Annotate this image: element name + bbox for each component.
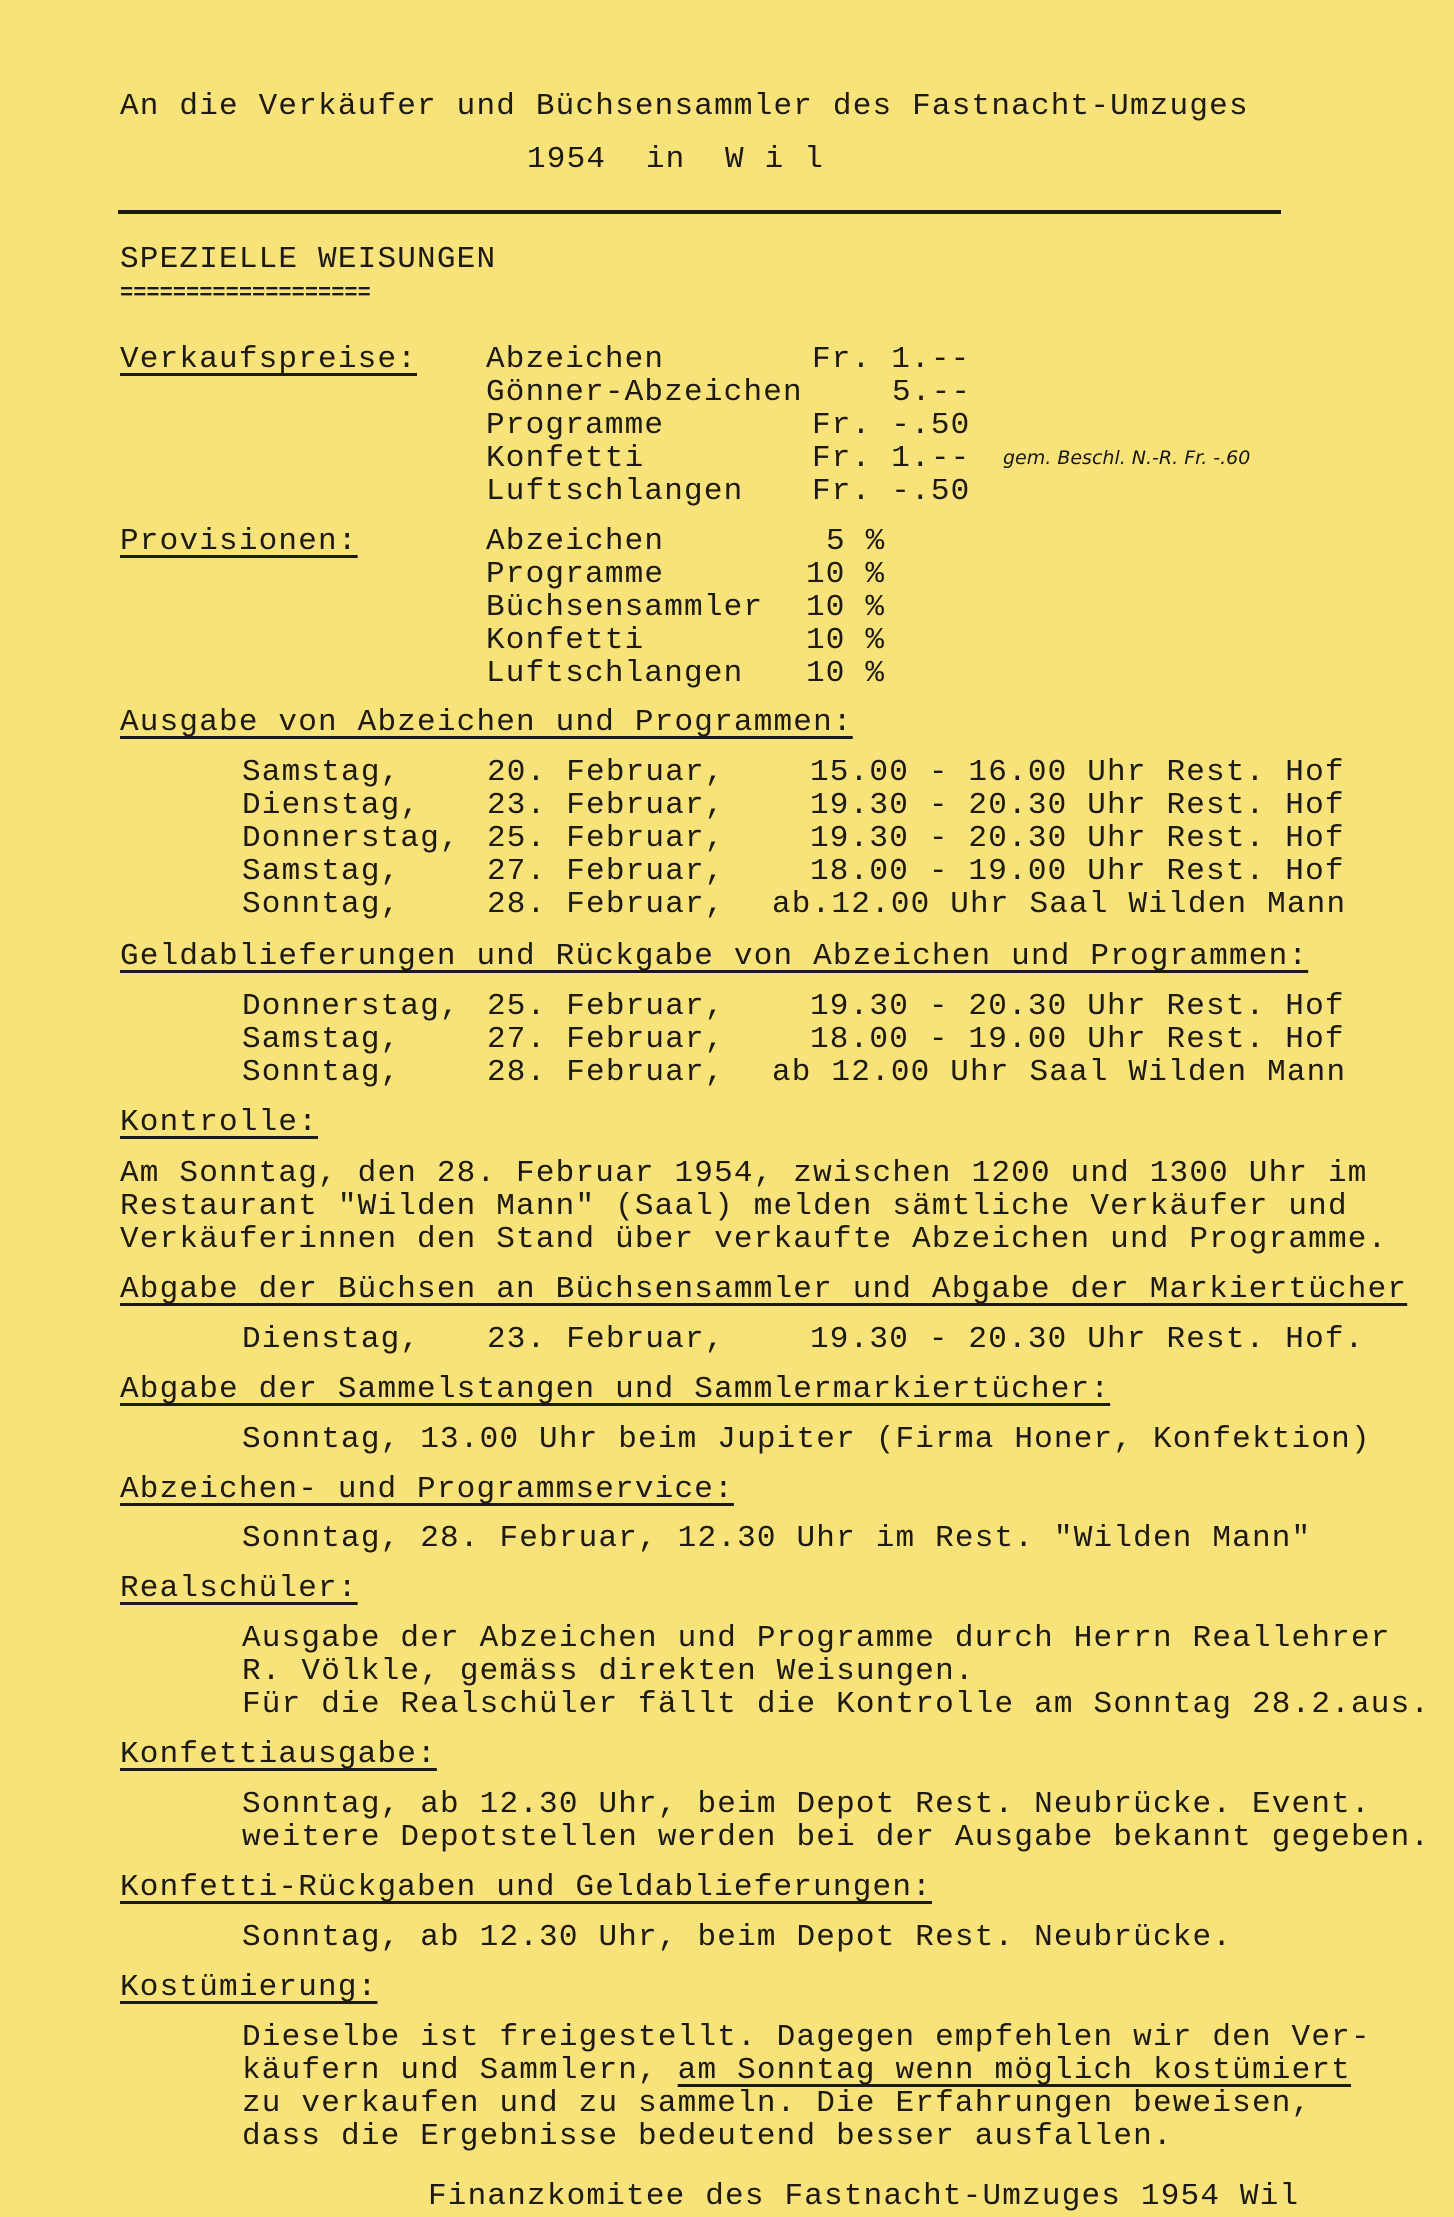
price-item-name: Luftschlangen [486,475,743,508]
schedule-date: 28. Februar, [487,888,725,921]
realschueler-text-line: Für die Realschüler fällt die Kontrolle … [242,1688,1430,1721]
price-item-name: Konfetti [486,442,644,475]
price-item-value: Fr. 1.-- [812,343,970,376]
schedule-date: 28. Februar, [487,1056,725,1089]
schedule-time: 19.30 - 20.30 Uhr Rest. Hof [810,990,1345,1023]
schedule-date: 23. Februar, [487,1323,725,1356]
konfetti-rueckgaben-text: Sonntag, ab 12.30 Uhr, beim Depot Rest. … [242,1921,1232,1954]
commission-item-rate: 10 % [806,558,885,591]
schedule-day: Sonntag, [242,888,400,921]
schedule-day: Samstag, [242,855,400,888]
header-rule [118,210,1281,214]
price-item-name: Abzeichen [486,342,664,377]
kontrolle-text-line: Am Sonntag, den 28. Februar 1954, zwisch… [120,1157,1368,1190]
section-label-konfetti-rueckgaben: Konfetti-Rückgaben und Geldablieferungen… [120,1871,932,1904]
schedule-date: 25. Februar, [487,822,725,855]
commission-item-name: Programme [486,558,664,591]
document-page: An die Verkäufer und Büchsensammler des … [0,0,1454,2217]
price-item-value: Fr. -.50 [812,475,970,508]
kontrolle-text-line: Verkäuferinnen den Stand über verkaufte … [120,1223,1387,1256]
schedule-day: Sonntag, [242,1056,400,1089]
commission-item-rate: 10 % [806,624,885,657]
schedule-day: Samstag, [242,1023,400,1056]
commission-item-rate: 5 % [826,525,885,558]
section-label-kontrolle: Kontrolle: [120,1106,318,1139]
schedule-day: Dienstag, [242,1323,420,1356]
schedule-time: ab.12.00 Uhr Saal Wilden Mann [772,888,1346,921]
price-item-name: Gönner-Abzeichen [486,376,803,409]
schedule-time: 18.00 - 19.00 Uhr Rest. Hof [810,1023,1345,1056]
commission-item-rate: 10 % [806,657,885,690]
schedule-date: 20. Februar, [487,756,725,789]
schedule-date: 27. Februar, [487,855,725,888]
schedule-time: ab 12.00 Uhr Saal Wilden Mann [772,1056,1346,1089]
signature: Finanzkomitee des Fastnacht-Umzuges 1954… [428,2180,1299,2213]
commission-item-name: Konfetti [486,624,644,657]
section-label-kostuemierung: Kostümierung: [120,1971,377,2004]
kostuemierung-text-line: Dieselbe ist freigestellt. Dagegen empfe… [242,2021,1371,2054]
section-label-ausgabe: Ausgabe von Abzeichen und Programmen: [120,706,853,739]
page-title: SPEZIELLE WEISUNGEN [120,243,496,276]
section-label-abgabe-buechsen: Abgabe der Büchsen an Büchsensammler und… [120,1273,1407,1306]
programmservice-text: Sonntag, 28. Februar, 12.30 Uhr im Rest.… [242,1522,1311,1555]
kostuemierung-text-line: käufern und Sammlern, am Sonntag wenn mö… [242,2054,1351,2087]
realschueler-text-line: Ausgabe der Abzeichen und Programme durc… [242,1622,1391,1655]
price-item-value: Fr. 1.-- [812,442,970,475]
title-double-underline: =================== [120,283,371,305]
header-line-1: An die Verkäufer und Büchsensammler des … [120,90,1249,123]
section-label-geldablieferungen: Geldablieferungen und Rückgabe von Abzei… [120,940,1308,973]
schedule-time: 19.30 - 20.30 Uhr Rest. Hof [810,789,1345,822]
schedule-time: 18.00 - 19.00 Uhr Rest. Hof [810,855,1345,888]
schedule-date: 27. Februar, [487,1023,725,1056]
schedule-day: Donnerstag, [242,990,460,1023]
section-label-konfettiausgabe: Konfettiausgabe: [120,1738,437,1771]
schedule-date: 23. Februar, [487,789,725,822]
kostuemierung-text-line: dass die Ergebnisse bedeutend besser aus… [242,2120,1173,2153]
commission-item-name: Luftschlangen [486,657,743,690]
schedule-day: Donnerstag, [242,822,460,855]
header-line-2: 1954 in W i l [527,143,824,176]
price-item: Abzeichen [486,343,664,376]
schedule-day: Samstag, [242,756,400,789]
kontrolle-text-line: Restaurant "Wilden Mann" (Saal) melden s… [120,1190,1348,1223]
section-label-provisionen: Provisionen: [120,525,358,558]
price-item-value: Fr. -.50 [812,409,970,442]
schedule-time: 15.00 - 16.00 Uhr Rest. Hof [810,756,1345,789]
konfettiausgabe-text-line: Sonntag, ab 12.30 Uhr, beim Depot Rest. … [242,1788,1371,1821]
section-label-programmservice: Abzeichen- und Programmservice: [120,1473,734,1506]
section-label-realschueler: Realschüler: [120,1572,358,1605]
section-label-abgabe-sammelstangen: Abgabe der Sammelstangen und Sammlermark… [120,1373,1110,1406]
schedule-time: 19.30 - 20.30 Uhr Rest. Hof [810,822,1345,855]
abgabe-sammelstangen-text: Sonntag, 13.00 Uhr beim Jupiter (Firma H… [242,1423,1371,1456]
price-item-name: Programme [486,409,664,442]
commission-item-name: Büchsensammler [486,591,763,624]
commission-item-name: Abzeichen [486,525,664,558]
commission-item-rate: 10 % [806,591,885,624]
handwritten-annotation: gem. Beschl. N.-R. Fr. -.60 [1003,447,1250,469]
kostuemierung-text-emphasis: am Sonntag wenn möglich kostümiert [678,2053,1351,2088]
kostuemierung-text-line: zu verkaufen und zu sammeln. Die Erfahru… [242,2087,1311,2120]
section-label-verkaufspreise: Verkaufspreise: [120,343,417,376]
price-item-value: 5.-- [892,376,971,409]
kostuemierung-text-plain: käufern und Sammlern, [242,2053,678,2088]
schedule-day: Dienstag, [242,789,420,822]
schedule-date: 25. Februar, [487,990,725,1023]
realschueler-text-line: R. Völkle, gemäss direkten Weisungen. [242,1655,975,1688]
schedule-time: 19.30 - 20.30 Uhr Rest. Hof. [810,1323,1365,1356]
konfettiausgabe-text-line: weitere Depotstellen werden bei der Ausg… [242,1821,1430,1854]
